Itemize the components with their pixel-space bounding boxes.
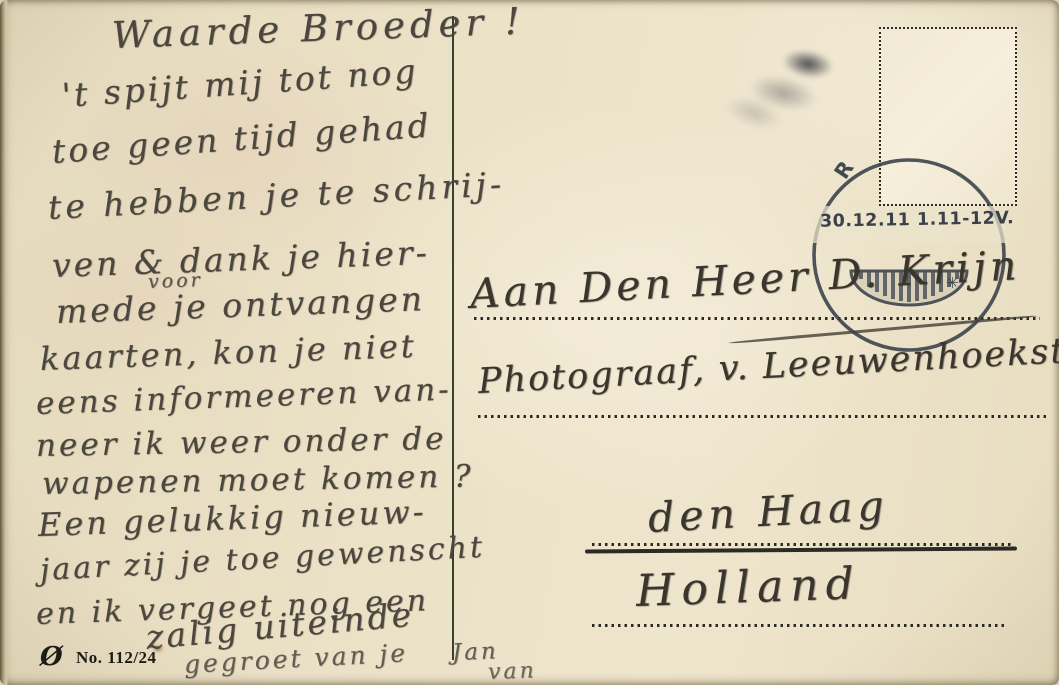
imprint-number: No. 112/24 — [76, 648, 157, 668]
message-line: neer ik weer onder de — [36, 421, 447, 464]
message-line: ven & dank je hier- — [51, 233, 430, 285]
publisher-logo-icon: Ø — [40, 642, 63, 672]
message-line: eens informeeren van- — [35, 372, 452, 422]
message-line: kaarten, kon je niet — [39, 327, 417, 378]
message-salutation: Waarde Broeder ! — [111, 0, 525, 57]
postcard-back: Ø No. 112/24 R 30 — [0, 0, 1059, 685]
address-line-country: Holland — [635, 558, 861, 617]
message-line: 't spijt mij tot nog — [61, 51, 420, 115]
address-dotted-line-3 — [592, 543, 1012, 546]
card-left-edge — [0, 0, 9, 685]
address-dotted-line-4 — [592, 624, 1006, 627]
postmark-date: 30.12.11 1.11-12V. — [820, 208, 1015, 231]
address-dotted-line-2 — [478, 415, 1050, 418]
address-line-city: den Haag — [647, 481, 890, 542]
message-signature: van — [488, 658, 538, 685]
message-line: mede je ontvangen — [55, 279, 425, 331]
message-line: te hebben je te schrij- — [47, 164, 506, 227]
message-line: toe geen tijd gehad — [51, 106, 433, 171]
hand-drawn-underline — [585, 546, 1017, 553]
